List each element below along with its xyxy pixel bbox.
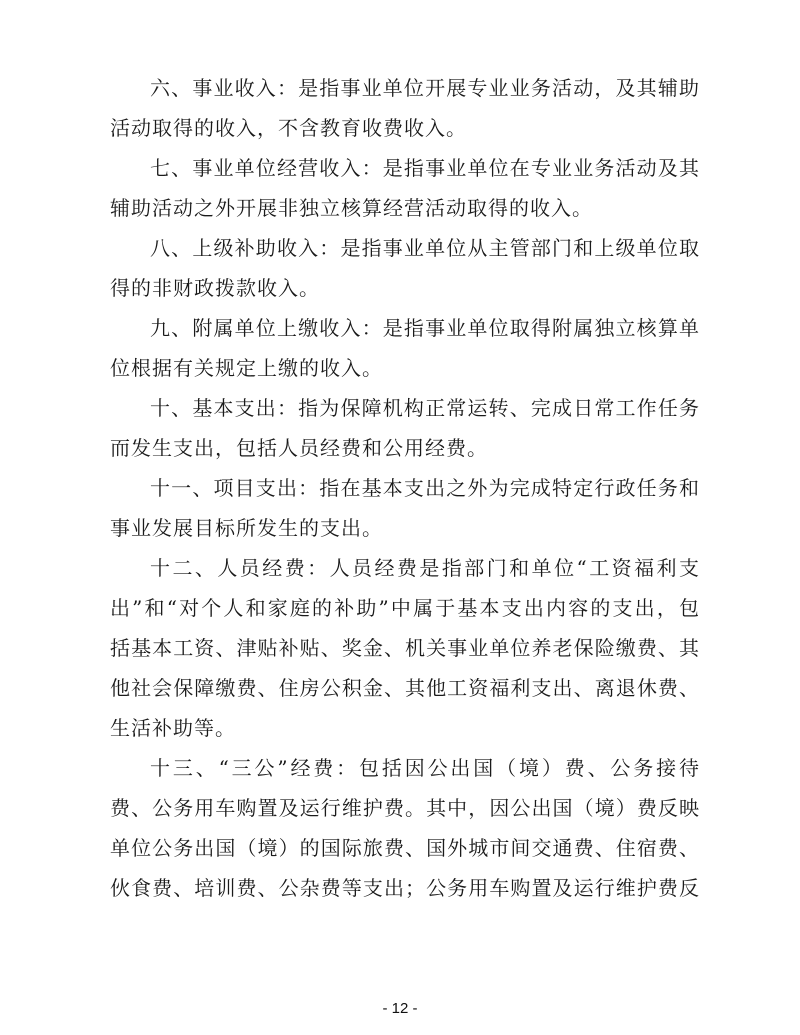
text-line: 单位公务出国（境）的国际旅费、国外城市间交通费、住宿费、	[110, 828, 700, 868]
text-line: 他社会保障缴费、住房公积金、其他工资福利支出、离退休费、	[110, 668, 700, 708]
text-line: 七、事业单位经营收入：是指事业单位在专业业务活动及其	[110, 148, 700, 188]
text-line: 出”和“对个人和家庭的补助”中属于基本支出内容的支出，包	[110, 588, 700, 628]
text-line: 费、公务用车购置及运行维护费。其中，因公出国（境）费反映	[110, 788, 700, 828]
paragraph-project-expenditure: 十一、项目支出：指在基本支出之外为完成特定行政任务和 事业发展目标所发生的支出。	[110, 468, 700, 548]
text-line: 得的非财政拨款收入。	[110, 268, 700, 308]
text-line: 位根据有关规定上缴的收入。	[110, 348, 700, 388]
paragraph-operating-income: 七、事业单位经营收入：是指事业单位在专业业务活动及其 辅助活动之外开展非独立核算…	[110, 148, 700, 228]
page-number: - 12 -	[0, 1000, 800, 1017]
text-line: 伙食费、培训费、公杂费等支出；公务用车购置及运行维护费反	[110, 868, 700, 908]
paragraph-personnel-expenses: 十二、人员经费：人员经费是指部门和单位“工资福利支 出”和“对个人和家庭的补助”…	[110, 548, 700, 748]
text-line: 八、上级补助收入：是指事业单位从主管部门和上级单位取	[110, 228, 700, 268]
paragraph-three-public-expenses: 十三、“三公”经费：包括因公出国（境）费、公务接待 费、公务用车购置及运行维护费…	[110, 748, 700, 908]
text-line: 括基本工资、津贴补贴、奖金、机关事业单位养老保险缴费、其	[110, 628, 700, 668]
text-line: 而发生支出，包括人员经费和公用经费。	[110, 428, 700, 468]
text-line: 十二、人员经费：人员经费是指部门和单位“工资福利支	[110, 548, 700, 588]
text-line: 十三、“三公”经费：包括因公出国（境）费、公务接待	[110, 748, 700, 788]
text-line: 活动取得的收入，不含教育收费收入。	[110, 108, 700, 148]
text-line: 九、附属单位上缴收入：是指事业单位取得附属独立核算单	[110, 308, 700, 348]
paragraph-basic-expenditure: 十、基本支出：指为保障机构正常运转、完成日常工作任务 而发生支出，包括人员经费和…	[110, 388, 700, 468]
text-line: 十、基本支出：指为保障机构正常运转、完成日常工作任务	[110, 388, 700, 428]
paragraph-subsidiary-remittance-income: 九、附属单位上缴收入：是指事业单位取得附属独立核算单 位根据有关规定上缴的收入。	[110, 308, 700, 388]
text-line: 生活补助等。	[110, 708, 700, 748]
paragraph-business-income: 六、事业收入：是指事业单位开展专业业务活动，及其辅助 活动取得的收入，不含教育收…	[110, 68, 700, 148]
text-line: 事业发展目标所发生的支出。	[110, 508, 700, 548]
paragraph-superior-subsidy-income: 八、上级补助收入：是指事业单位从主管部门和上级单位取 得的非财政拨款收入。	[110, 228, 700, 308]
document-page: 六、事业收入：是指事业单位开展专业业务活动，及其辅助 活动取得的收入，不含教育收…	[110, 68, 700, 908]
text-line: 辅助活动之外开展非独立核算经营活动取得的收入。	[110, 188, 700, 228]
text-line: 十一、项目支出：指在基本支出之外为完成特定行政任务和	[110, 468, 700, 508]
text-line: 六、事业收入：是指事业单位开展专业业务活动，及其辅助	[110, 68, 700, 108]
